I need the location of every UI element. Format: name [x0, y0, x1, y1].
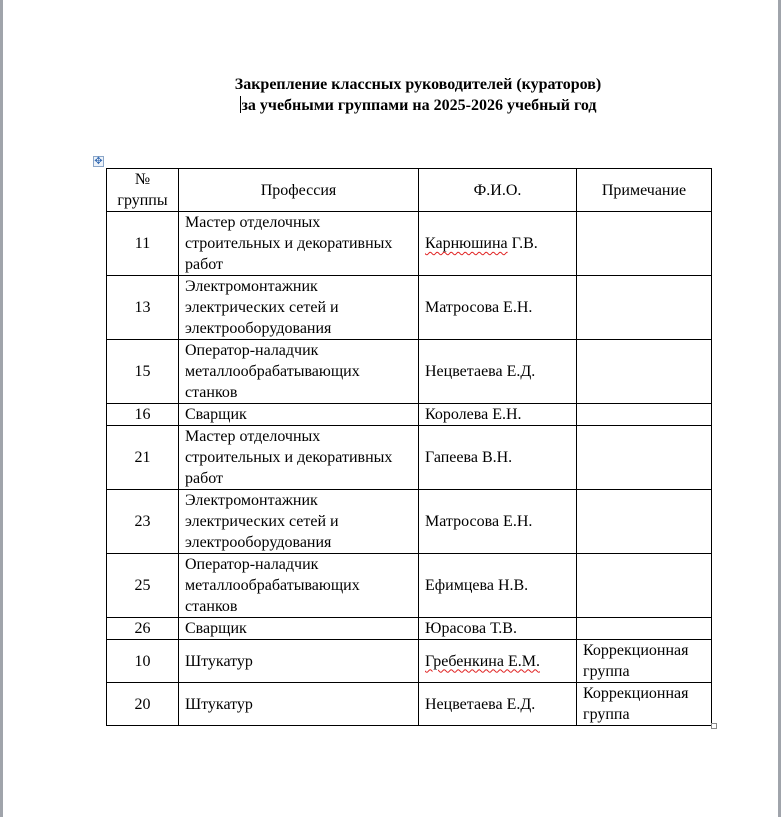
note: Коррекционная группа	[577, 683, 712, 726]
table-row: 25 Оператор-наладчик металлообрабатывающ…	[107, 554, 712, 618]
header-note: Примечание	[577, 169, 712, 212]
profession: Мастер отделочных строительных и декорат…	[179, 212, 419, 276]
table-resize-handle[interactable]	[711, 723, 717, 729]
table-row: 21 Мастер отделочных строительных и деко…	[107, 426, 712, 490]
note	[577, 426, 712, 490]
profession: Электромонтажник электрических сетей и э…	[179, 276, 419, 340]
group-number: 26	[107, 618, 179, 640]
page-edge-left	[0, 0, 3, 817]
profession: Оператор-наладчик металлообрабатывающих …	[179, 340, 419, 404]
note	[577, 554, 712, 618]
note	[577, 212, 712, 276]
curators-table: №группы Профессия Ф.И.О. Примечание 11 М…	[106, 168, 712, 726]
profession: Штукатур	[179, 640, 419, 683]
profession: Сварщик	[179, 404, 419, 426]
group-number: 23	[107, 490, 179, 554]
header-group-number: №группы	[107, 169, 179, 212]
spellcheck-flagged-word[interactable]: Карнюшина	[425, 235, 508, 252]
table-row: 15 Оператор-наладчик металлообрабатывающ…	[107, 340, 712, 404]
note: Коррекционная группа	[577, 640, 712, 683]
profession: Оператор-наладчик металлообрабатывающих …	[179, 554, 419, 618]
note	[577, 490, 712, 554]
note	[577, 340, 712, 404]
table-row: 26 Сварщик Юрасова Т.В.	[107, 618, 712, 640]
note	[577, 276, 712, 340]
note	[577, 618, 712, 640]
group-number: 10	[107, 640, 179, 683]
table-header-row: №группы Профессия Ф.И.О. Примечание	[107, 169, 712, 212]
group-number: 21	[107, 426, 179, 490]
curator-name: Гребенкина Е.М.	[419, 640, 577, 683]
group-number: 16	[107, 404, 179, 426]
curator-name: Королева Е.Н.	[419, 404, 577, 426]
table-row: 11 Мастер отделочных строительных и деко…	[107, 212, 712, 276]
group-number: 20	[107, 683, 179, 726]
note	[577, 404, 712, 426]
table-row: 10 Штукатур Гребенкина Е.М. Коррекционна…	[107, 640, 712, 683]
text-cursor	[240, 96, 241, 113]
curator-name: Нецветаева Е.Д.	[419, 340, 577, 404]
curator-name: Нецветаева Е.Д.	[419, 683, 577, 726]
curator-name: Карнюшина Г.В.	[419, 212, 577, 276]
group-number: 11	[107, 212, 179, 276]
document-title: Закрепление классных руководителей (кура…	[0, 74, 781, 116]
profession: Мастер отделочных строительных и декорат…	[179, 426, 419, 490]
profession: Электромонтажник электрических сетей и э…	[179, 490, 419, 554]
table-row: 16 Сварщик Королева Е.Н.	[107, 404, 712, 426]
group-number: 15	[107, 340, 179, 404]
group-number: 25	[107, 554, 179, 618]
curator-name: Юрасова Т.В.	[419, 618, 577, 640]
curator-name: Матросова Е.Н.	[419, 276, 577, 340]
table-row: 20 Штукатур Нецветаева Е.Д. Коррекционна…	[107, 683, 712, 726]
table-move-handle-icon[interactable]: ✥	[93, 156, 104, 167]
title-line-2-text: за учебными группами на 2025-2026 учебны…	[242, 97, 597, 114]
table-row: 23 Электромонтажник электрических сетей …	[107, 490, 712, 554]
curator-name: Гапеева В.Н.	[419, 426, 577, 490]
table-row: 13 Электромонтажник электрических сетей …	[107, 276, 712, 340]
title-line-1: Закрепление классных руководителей (кура…	[0, 74, 781, 95]
header-profession: Профессия	[179, 169, 419, 212]
title-line-2: за учебными группами на 2025-2026 учебны…	[0, 95, 781, 116]
spellcheck-flagged-word[interactable]: Гребенкина Е.М.	[425, 653, 540, 670]
curator-name: Матросова Е.Н.	[419, 490, 577, 554]
curator-name: Ефимцева Н.В.	[419, 554, 577, 618]
profession: Штукатур	[179, 683, 419, 726]
header-name: Ф.И.О.	[419, 169, 577, 212]
profession: Сварщик	[179, 618, 419, 640]
group-number: 13	[107, 276, 179, 340]
